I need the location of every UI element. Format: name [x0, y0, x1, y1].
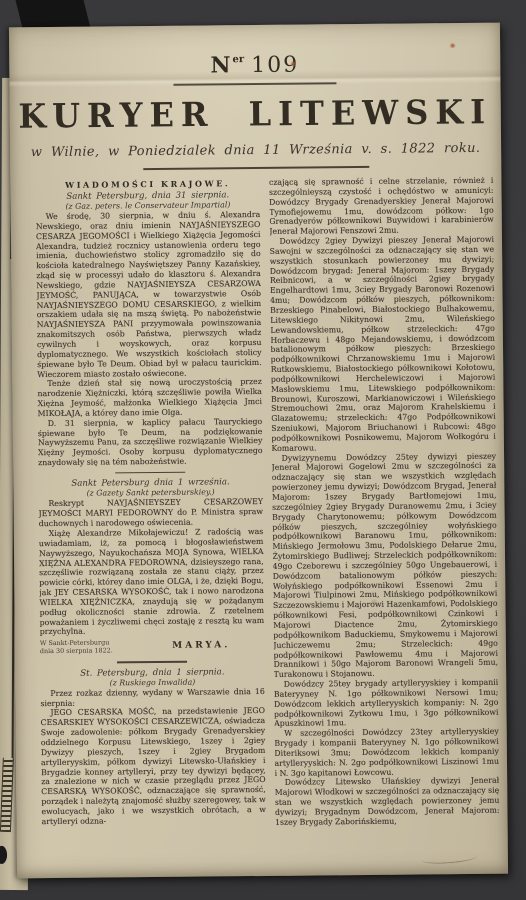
body-paragraph: Dowódzcy 25tey brygady artylleryyskiey i… — [274, 678, 499, 729]
signature-place-date: W Sankt-Petersburgu dnia 30 sierpnia 182… — [40, 639, 113, 656]
newspaper-page: Ner109 KURYER LITEWSKI w Wilnie, w Ponie… — [9, 23, 508, 879]
left-column: WIADOMOŚCI KRAJOWE. Sankt Petersburg, dn… — [35, 178, 266, 838]
body-paragraph: D. 31 sierpnia, w kaplicy pałacu Tauryck… — [38, 417, 263, 468]
signature-block: W Sankt-Petersburgu dnia 30 sierpnia 182… — [40, 635, 265, 657]
divider-rule — [115, 472, 185, 474]
section-heading: WIADOMOŚCI KRAJOWE. — [35, 178, 260, 190]
body-paragraph: Dowódzcy Litewsko Ułańskiey dywizyi Jene… — [275, 776, 500, 827]
issue-superscript: er — [232, 54, 244, 65]
body-paragraph: Dowódzcy 2giey Dywizyi pieszey Jenerał M… — [269, 235, 496, 454]
text-columns: WIADOMOŚCI KRAJOWE. Sankt Petersburg, dn… — [10, 167, 507, 839]
body-paragraph: JEGO CESARSKA MOŚĆ, na przedstawienie JE… — [40, 706, 266, 826]
newspaper-title: KURYER LITEWSKI — [10, 92, 501, 136]
masthead: Ner109 KURYER LITEWSKI w Wilnie, w Ponie… — [9, 23, 501, 172]
body-paragraph: We środę, 30 sierpnia, w dniu ś. Alexand… — [36, 210, 262, 379]
body-paragraph: czającą się sprawność i celne strzelanie… — [269, 176, 494, 237]
body-paragraph: Xiążę Alexandrze Mikołajewiczu! Z radośc… — [39, 527, 265, 637]
gutter-ink-blob — [0, 846, 7, 864]
signature-date: dnia 30 sierpnia 1822. — [40, 647, 113, 656]
body-paragraph: Tenże dzień stał się nową uroczystością … — [37, 377, 262, 419]
body-paragraph: Reskrypt NAYJAŚNIEYSZEY CESARZOWEY JEYMO… — [38, 497, 263, 529]
right-column: czającą się sprawność i celne strzelanie… — [269, 176, 500, 836]
body-paragraph: Dywizyynemu Dowódzcy 25tey dywizyi piesz… — [272, 451, 499, 680]
divider-rule — [117, 661, 187, 663]
masthead-dateline: w Wilnie, w Poniedzialek dnia 11 Wrześni… — [10, 141, 501, 161]
photo-backdrop: ta- celu dzą- ząso ora- da nié ość Ner10… — [0, 0, 526, 900]
pen-squiggle — [422, 851, 478, 865]
signature-name: MARYA. — [172, 641, 230, 652]
gutter-ornament — [0, 758, 14, 832]
body-paragraph: W szczególności Dowódzcy 23tey artyllery… — [274, 727, 499, 778]
